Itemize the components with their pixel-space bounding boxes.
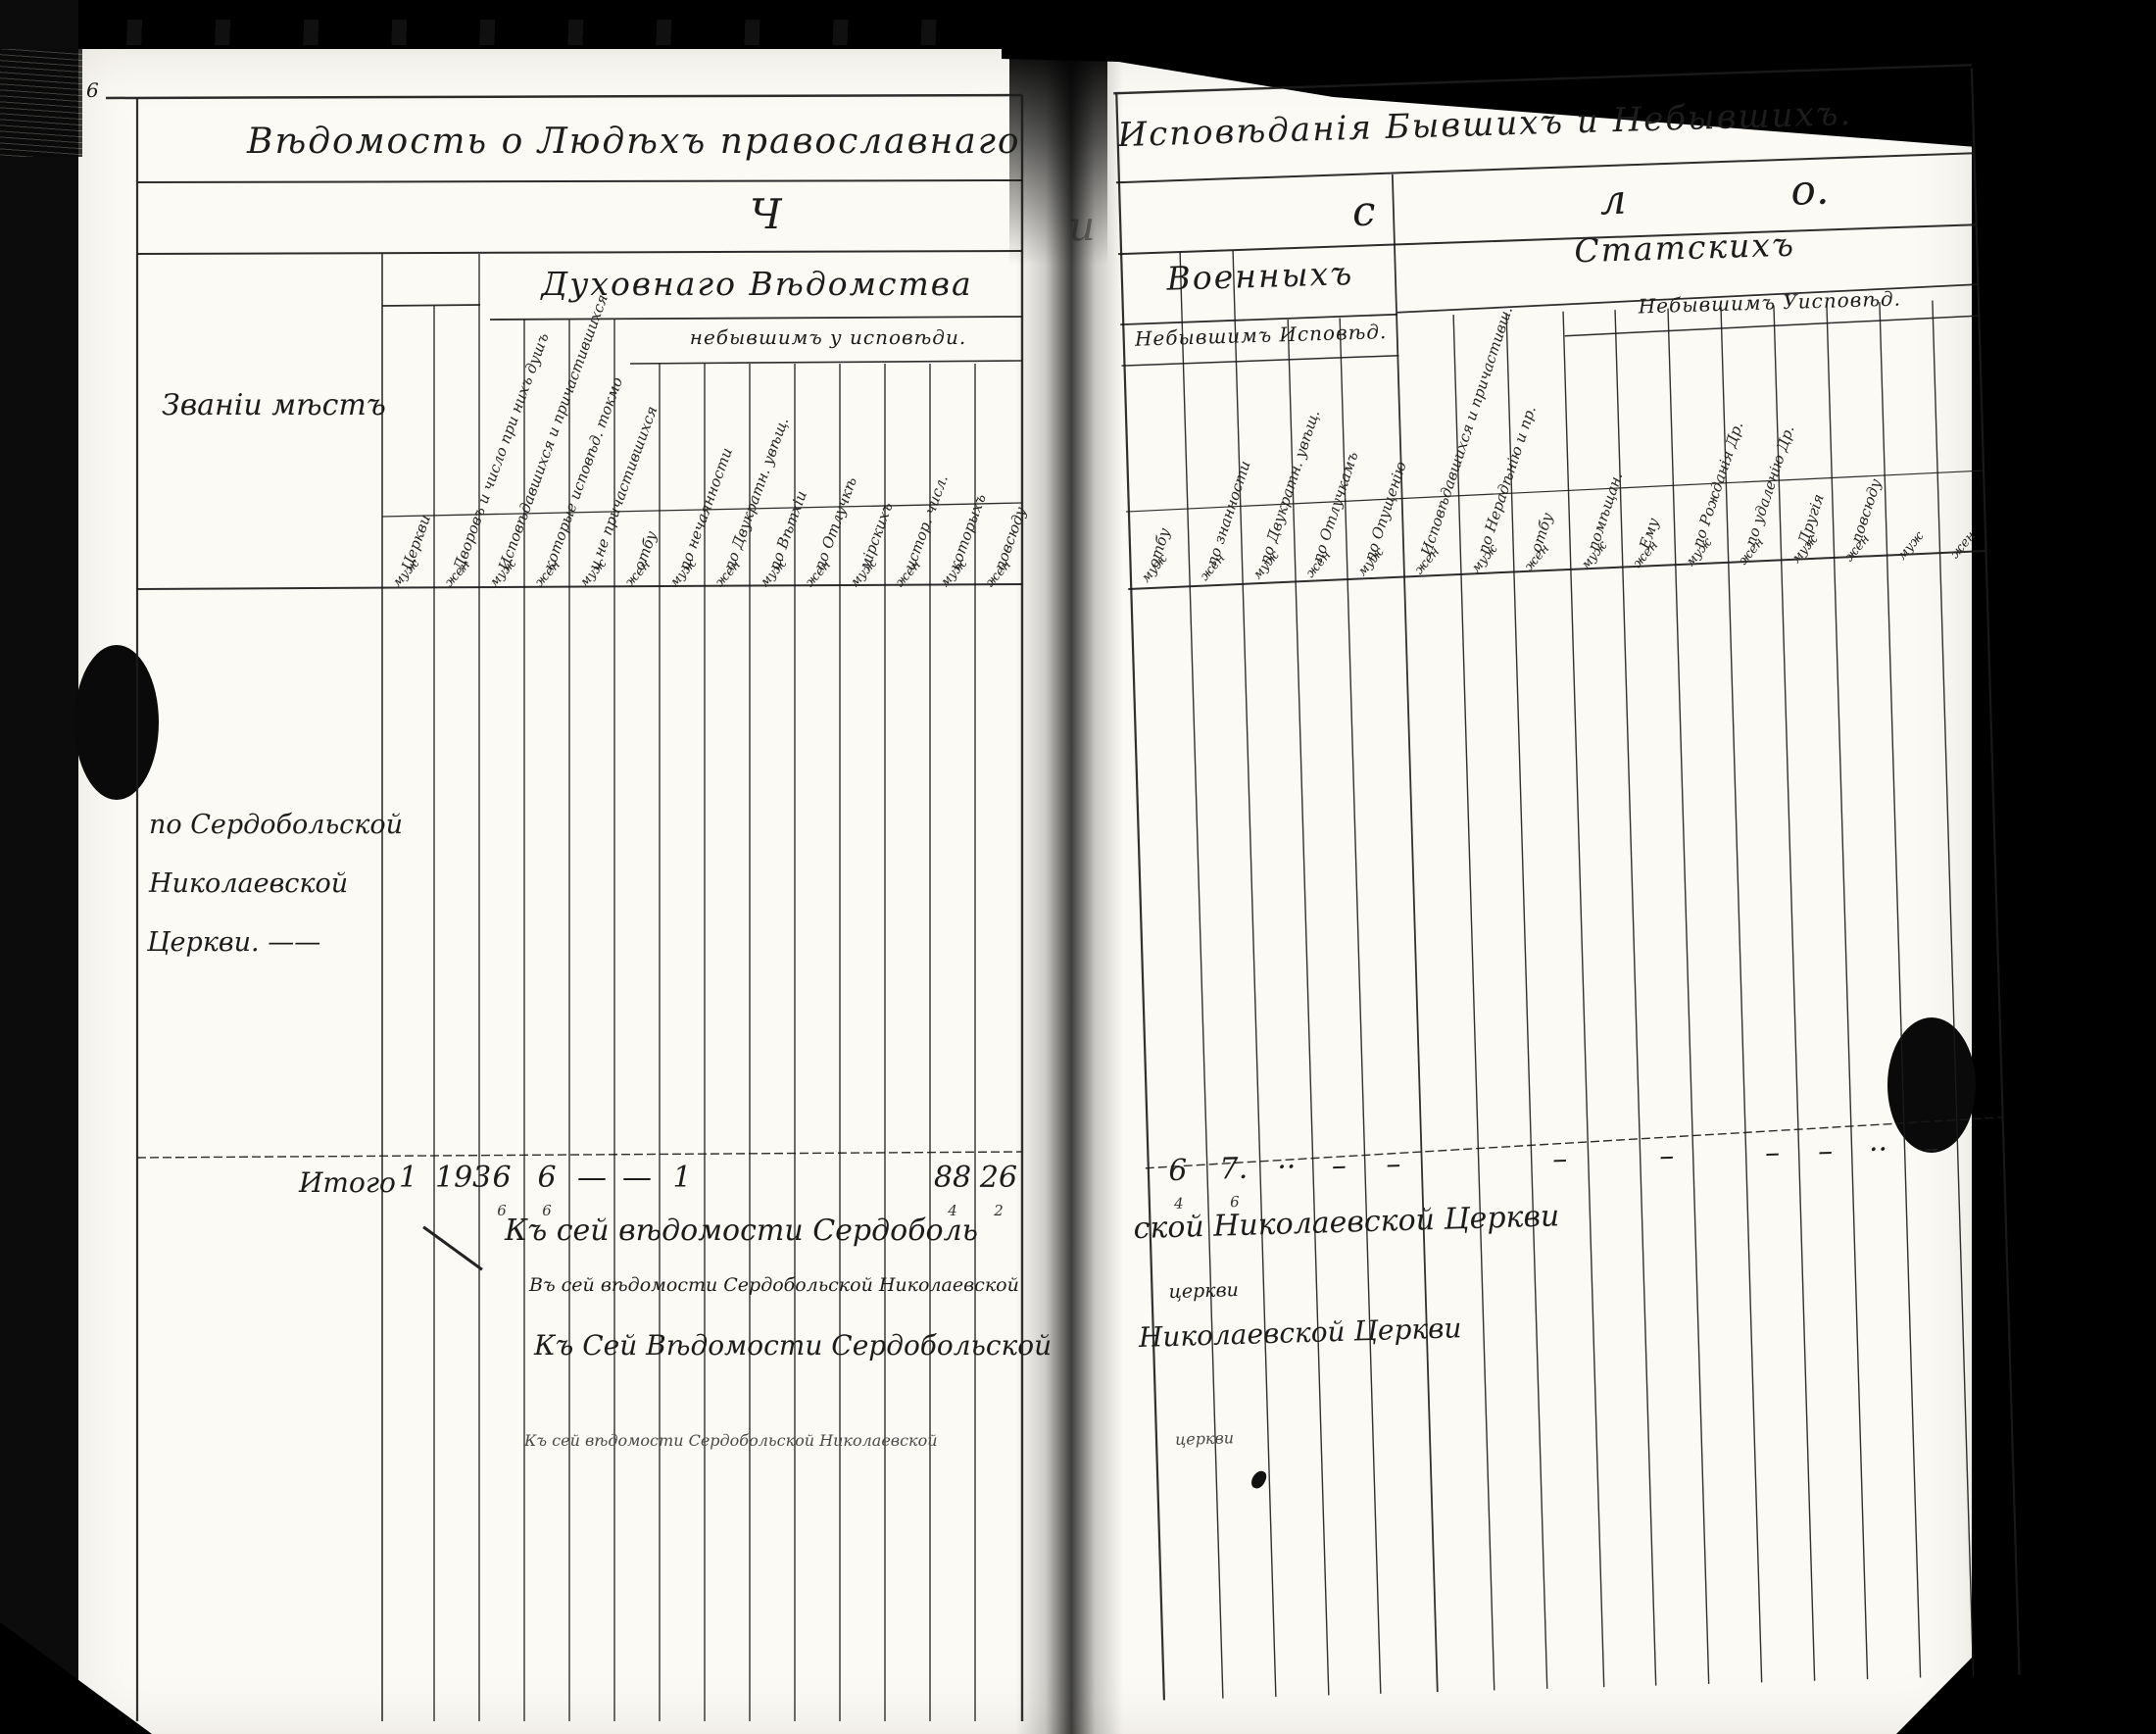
totals-cell: 7. bbox=[1211, 1151, 1255, 1186]
totals-cell: 88 bbox=[931, 1161, 974, 1195]
totals-cell: – bbox=[1371, 1147, 1415, 1182]
totals-subcell: 6 bbox=[1213, 1192, 1257, 1211]
group-header-military: Военныхъ bbox=[1124, 253, 1396, 299]
totals-cell: 1 bbox=[661, 1161, 704, 1195]
chislo-letter-ch: Ч bbox=[750, 190, 781, 238]
totals-cell: 193 bbox=[435, 1161, 478, 1195]
note-2-left: Въ сей вѣдомости Сердобольской Николаевс… bbox=[529, 1274, 1019, 1296]
note-1-left: Къ сей вѣдомости Сердоболь bbox=[505, 1214, 978, 1248]
note-3-left: Къ Сей Вѣдомости Сердобольской bbox=[534, 1329, 1052, 1362]
totals-cell: ·· bbox=[1264, 1150, 1308, 1185]
chislo-letter-s: с bbox=[1351, 186, 1376, 235]
totals-cell: 6 bbox=[480, 1161, 523, 1195]
totals-cell: ·· bbox=[1856, 1132, 1900, 1167]
totals-cell: — bbox=[570, 1161, 613, 1195]
right-page: Исповѣданія Бывшихъ и Небывшихъ. и с л о… bbox=[1059, 0, 2156, 1734]
note-4-right: церкви bbox=[1175, 1428, 1235, 1449]
totals-cell: — bbox=[615, 1161, 659, 1195]
totals-row-label: Итого bbox=[299, 1166, 396, 1199]
totals-subcell: 4 bbox=[931, 1202, 974, 1219]
margin-note-line-2: Николаевской bbox=[149, 868, 348, 899]
totals-cell: – bbox=[1909, 1130, 1953, 1165]
register-title-left: Вѣдомость о Людѣхъ православнаго bbox=[247, 122, 1021, 162]
note-4-left: Къ сей вѣдомости Сердобольской Николаевс… bbox=[524, 1431, 938, 1450]
totals-cell: 26 bbox=[977, 1161, 1020, 1195]
group-header-clergy: Духовнаго Вѣдомства bbox=[495, 265, 1019, 303]
totals-cell: 6 bbox=[1155, 1153, 1200, 1188]
chislo-letter-o: о. bbox=[1790, 166, 1830, 215]
totals-subcell: 6 bbox=[480, 1202, 523, 1219]
document-scan: 6 Вѣдомость о Людѣхъ православнаго Ч Дух… bbox=[0, 0, 2156, 1734]
totals-cell: – bbox=[1538, 1142, 1582, 1177]
totals-subcell: 4 bbox=[1157, 1194, 1201, 1213]
totals-subcell: 6 bbox=[525, 1202, 568, 1219]
page-number-mark: 6 bbox=[86, 78, 99, 102]
totals-cell: – bbox=[1644, 1138, 1689, 1173]
note-2-right: церкви bbox=[1168, 1279, 1239, 1303]
chislo-letter-i: и bbox=[1068, 202, 1097, 251]
totals-cell: – bbox=[1803, 1134, 1847, 1169]
totals-cell: 1 bbox=[387, 1161, 430, 1195]
chislo-letter-l: л bbox=[1599, 175, 1627, 224]
totals-cell: – bbox=[1750, 1135, 1794, 1170]
margin-note-line-3: Церкви. —— bbox=[147, 927, 320, 958]
totals-cell: – bbox=[1317, 1148, 1361, 1183]
subheader-clergy: небывшимъ у исповѣди. bbox=[637, 325, 1019, 349]
margin-note-line-1: по Сердобольской bbox=[149, 810, 403, 840]
totals-cell: 6 bbox=[525, 1161, 568, 1195]
row-label-header: Званіи мѣстъ bbox=[162, 388, 386, 422]
totals-subcell: 2 bbox=[977, 1202, 1020, 1219]
